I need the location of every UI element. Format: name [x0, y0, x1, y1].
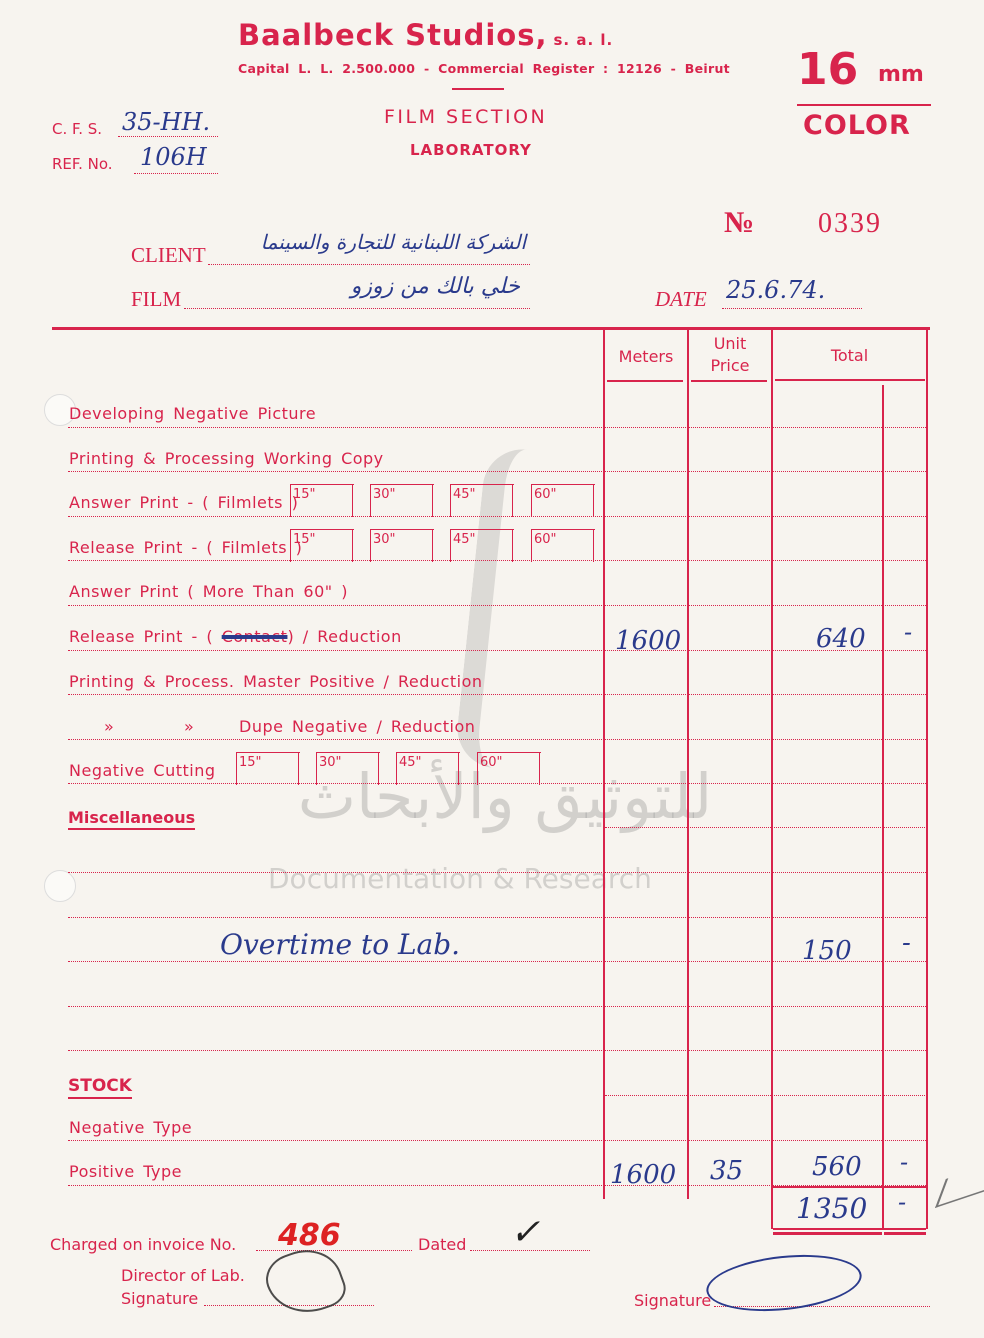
duration-15: 15" — [293, 532, 316, 547]
misc-total-sub[interactable]: - — [902, 928, 911, 958]
answer-print-30-box[interactable]: 30" — [370, 484, 434, 519]
format-type: COLOR — [803, 110, 911, 141]
charged-label: Charged on invoice No. — [50, 1235, 236, 1254]
release-print-30-box[interactable]: 30" — [370, 529, 434, 564]
client-field[interactable]: الشركة اللبنانية للتجارة والسينما — [208, 228, 530, 265]
duration-60: 60" — [534, 532, 557, 547]
item-dupe-negative: Dupe Negative / Reduction — [239, 717, 475, 736]
film-value: خلي بالك من زوزو — [351, 274, 520, 299]
duration-45: 45" — [399, 755, 422, 770]
charged-invoice-field[interactable]: 486 — [256, 1218, 412, 1251]
row-line — [68, 739, 926, 740]
table-top-rule — [52, 327, 930, 330]
double-rule-total-2 — [773, 1232, 882, 1235]
label-part: ) / Reduction — [287, 627, 401, 646]
misc-heading: Miscellaneous — [68, 808, 195, 830]
header-rule-meters — [607, 380, 683, 382]
col-header-unit-price: Unit Price — [689, 333, 771, 377]
grand-total-sub[interactable]: - — [898, 1188, 906, 1216]
item-developing-negative: Developing Negative Picture — [69, 404, 316, 423]
duration-60: 60" — [480, 755, 503, 770]
struck-word: Contact — [222, 627, 288, 646]
double-rule-total-1 — [773, 1228, 882, 1230]
date-value: 25.6.74. — [722, 276, 825, 304]
film-label: FILM — [131, 287, 181, 312]
neg-cutting-45-box[interactable]: 45" — [396, 752, 460, 787]
punch-hole-bottom — [44, 870, 76, 902]
item-negative-cutting: Negative Cutting — [69, 761, 216, 780]
col-divider-total-sub — [882, 385, 884, 1230]
row-line — [68, 961, 926, 962]
row-line — [68, 694, 926, 695]
dated-field[interactable]: ✓ — [470, 1212, 590, 1251]
cfs-label: C. F. S. — [52, 120, 102, 138]
director-signature-label: Signature — [121, 1289, 198, 1308]
release-print-45-box[interactable]: 45" — [450, 529, 514, 564]
invoice-number: 0339 — [818, 208, 882, 240]
double-rule-sub-1 — [884, 1228, 926, 1230]
release-print-60-box[interactable]: 60" — [531, 529, 595, 564]
capital-line: Capital L. L. 2.500.000 - Commercial Reg… — [238, 61, 730, 76]
misc-total[interactable]: 150 — [802, 936, 852, 966]
header-divider — [452, 88, 504, 90]
dated-value: ✓ — [470, 1212, 540, 1253]
client-value: الشركة اللبنانية للتجارة والسينما — [261, 230, 526, 254]
label-part: Release Print - ( — [69, 627, 213, 646]
grand-total[interactable]: 1350 — [796, 1192, 867, 1225]
col-header-price: Price — [689, 355, 771, 377]
misc-description[interactable]: Overtime to Lab. — [220, 928, 460, 961]
row-line-right — [605, 1095, 925, 1096]
release-print-15-box[interactable]: 15" — [290, 529, 354, 564]
row-line-right — [605, 827, 925, 828]
row-line — [68, 605, 926, 606]
signature-label: Signature — [634, 1291, 711, 1310]
format-size: 16 — [797, 44, 858, 95]
film-field[interactable]: خلي بالك من زوزو — [184, 272, 530, 309]
section-title: FILM SECTION — [384, 106, 547, 128]
subtotal-rule-total — [773, 1186, 882, 1188]
item-negative-type: Negative Type — [69, 1118, 192, 1137]
row-line — [68, 1006, 926, 1007]
row-line — [68, 1050, 926, 1051]
release-print-meters[interactable]: 1600 — [615, 626, 681, 656]
col-divider-meters-unit — [687, 329, 689, 1199]
ditto-mark-1: » — [104, 717, 114, 736]
watermark-english: Documentation & Research — [268, 862, 652, 895]
duration-45: 45" — [453, 487, 476, 502]
duration-60: 60" — [534, 487, 557, 502]
company-name: Baalbeck Studios,s. a. l. — [238, 18, 613, 52]
duration-30: 30" — [373, 487, 396, 502]
answer-print-45-box[interactable]: 45" — [450, 484, 514, 519]
item-answer-print-over-60: Answer Print ( More Than 60" ) — [69, 582, 348, 601]
stock-heading: STOCK — [68, 1076, 132, 1099]
col-header-total: Total — [773, 345, 926, 367]
cfs-value: 35-HH. — [118, 108, 210, 136]
positive-type-unit-price[interactable]: 35 — [710, 1156, 743, 1186]
item-release-print-filmlets: Release Print - ( Filmlets ) — [69, 538, 302, 557]
ref-field[interactable]: 106H — [134, 143, 218, 174]
charged-invoice-value: 486 — [256, 1218, 341, 1253]
cfs-field[interactable]: 35-HH. — [118, 108, 218, 137]
dated-label: Dated — [418, 1235, 466, 1254]
neg-cutting-15-box[interactable]: 15" — [236, 752, 300, 787]
header-rule-unit — [691, 380, 767, 382]
ref-label: REF. No. — [52, 155, 113, 173]
answer-print-60-box[interactable]: 60" — [531, 484, 595, 519]
col-divider-unit-total — [771, 329, 773, 1229]
item-release-print-reduction: Release Print - ( Contact) / Reduction — [69, 627, 402, 646]
release-print-total-sub[interactable]: - — [904, 618, 912, 646]
company-name-text: Baalbeck Studios, — [238, 18, 547, 52]
format-divider — [797, 104, 931, 106]
row-line — [68, 650, 926, 651]
positive-type-total[interactable]: 560 — [812, 1152, 862, 1182]
duration-15: 15" — [293, 487, 316, 502]
row-line — [68, 917, 926, 918]
duration-30: 30" — [319, 755, 342, 770]
table-right-edge — [926, 329, 928, 1229]
col-header-unit: Unit — [689, 333, 771, 355]
duration-30: 30" — [373, 532, 396, 547]
item-master-positive: Printing & Process. Master Positive / Re… — [69, 672, 483, 691]
release-print-total[interactable]: 640 — [816, 624, 866, 654]
invoice-number-sign: № — [724, 206, 754, 240]
neg-cutting-60-box[interactable]: 60" — [477, 752, 541, 787]
row-line — [68, 427, 926, 428]
positive-type-total-sub[interactable]: - — [900, 1148, 908, 1176]
ref-value: 106H — [134, 143, 207, 171]
row-line — [68, 471, 926, 472]
row-line — [68, 1140, 926, 1141]
format-unit: mm — [878, 62, 924, 87]
col-header-meters: Meters — [605, 346, 687, 368]
row-line — [68, 872, 926, 873]
duration-45: 45" — [453, 532, 476, 547]
answer-print-15-box[interactable]: 15" — [290, 484, 354, 519]
item-answer-print-filmlets: Answer Print - ( Filmlets ) — [69, 493, 298, 512]
item-positive-type: Positive Type — [69, 1162, 182, 1181]
signature-scribble — [704, 1248, 865, 1318]
checkmark-icon — [935, 1161, 984, 1208]
date-field[interactable]: 25.6.74. — [722, 276, 862, 309]
double-rule-sub-2 — [884, 1232, 926, 1235]
client-label: CLIENT — [131, 243, 206, 268]
item-printing-working-copy: Printing & Processing Working Copy — [69, 449, 384, 468]
ditto-mark-2: » — [184, 717, 194, 736]
col-divider-meters-left — [603, 329, 605, 1199]
date-label: DATE — [655, 287, 707, 312]
company-suffix: s. a. l. — [553, 31, 613, 49]
positive-type-meters[interactable]: 1600 — [610, 1160, 676, 1190]
duration-15: 15" — [239, 755, 262, 770]
department-title: LABORATORY — [410, 141, 532, 159]
header-rule-total — [775, 379, 925, 381]
neg-cutting-30-box[interactable]: 30" — [316, 752, 380, 787]
